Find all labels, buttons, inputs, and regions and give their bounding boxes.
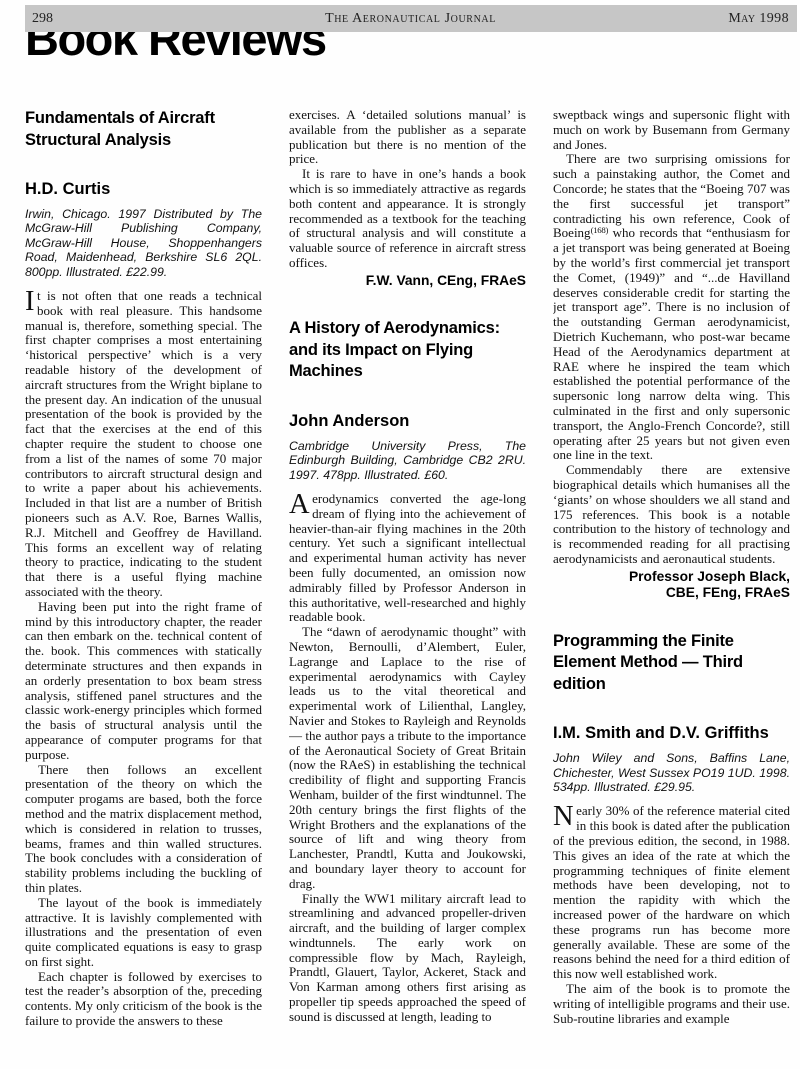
review-paragraph-continuation: sweptback wings and supersonic flight wi… [553,108,790,152]
review-author-anderson: John Anderson [289,411,526,432]
review-paragraph: There then follows an excellent presenta… [25,763,262,896]
dropcap-letter: N [553,804,576,829]
paragraph-text: early 30% of the reference material cite… [553,803,790,981]
review-paragraph-continuation: exercises. A ‘detailed solutions manual’… [289,108,526,167]
review-title-programming: Programming the Finite Element Method — … [553,631,790,696]
column-3: sweptback wings and supersonic flight wi… [553,108,790,1040]
column-1: Fundamentals of Aircraft Structural Anal… [25,108,262,1040]
dropcap-letter: I [25,289,37,314]
review-paragraph: The layout of the book is immediately at… [25,896,262,970]
column-2: exercises. A ‘detailed solutions manual’… [289,108,526,1040]
paragraph-text: erodynamics converted the age-long dream… [289,491,526,624]
review-paragraph: Commendably there are extensive biograph… [553,463,790,567]
review-paragraph: Each chapter is followed by exercises to… [25,970,262,1029]
review-paragraph: Having been put into the right frame of … [25,600,262,763]
dropcap-letter: A [289,492,312,517]
paragraph-text: who records that “enthusiasm for a jet t… [553,225,790,462]
imprint-programming: John Wiley and Sons, Baffins Lane, Chich… [553,751,790,794]
review-title-fundamentals: Fundamentals of Aircraft Structural Anal… [25,108,262,151]
review-author-smith-griffiths: I.M. Smith and D.V. Griffiths [553,723,790,744]
review-paragraph: Nearly 30% of the reference material cit… [553,804,790,982]
journal-page: 298 The Aeronautical Journal May 1998 Bo… [0,0,800,1069]
review-paragraph: It is not often that one reads a technic… [25,289,262,600]
imprint-fundamentals: Irwin, Chicago. 1997 Distributed by The … [25,207,262,279]
signature-line: CBE, FEng, FRAeS [666,585,790,600]
reviewer-signature-black: Professor Joseph Black,CBE, FEng, FRAeS [553,569,790,602]
issue-date: May 1998 [600,11,797,27]
review-paragraph: There are two surprising omissions for s… [553,152,790,463]
imprint-history: Cambridge University Press, The Edinburg… [289,439,526,482]
review-paragraph: Finally the WW1 military aircraft lead t… [289,892,526,1025]
review-programming-fem: Programming the Finite Element Method — … [553,631,790,1027]
review-paragraph: The “dawn of aerodynamic thought” with N… [289,625,526,891]
running-head: 298 The Aeronautical Journal May 1998 [25,5,797,32]
review-author-curtis: H.D. Curtis [25,179,262,200]
column-layout: Fundamentals of Aircraft Structural Anal… [25,108,800,1040]
review-history-of-aerodynamics: A History of Aerodynamics: and its Impac… [289,318,526,1024]
reviewer-signature-vann: F.W. Vann, CEng, FRAeS [289,273,526,290]
review-paragraph: Aerodynamics converted the age-long drea… [289,492,526,625]
review-title-history: A History of Aerodynamics: and its Impac… [289,318,526,383]
reference-superscript: (168) [591,225,609,235]
signature-line: Professor Joseph Black, [629,569,790,584]
page-number: 298 [25,11,221,27]
review-paragraph: It is rare to have in one’s hands a book… [289,167,526,271]
review-paragraph: The aim of the book is to promote the wr… [553,982,790,1026]
journal-title: The Aeronautical Journal [221,11,600,27]
paragraph-text: t is not often that one reads a technica… [25,288,262,599]
